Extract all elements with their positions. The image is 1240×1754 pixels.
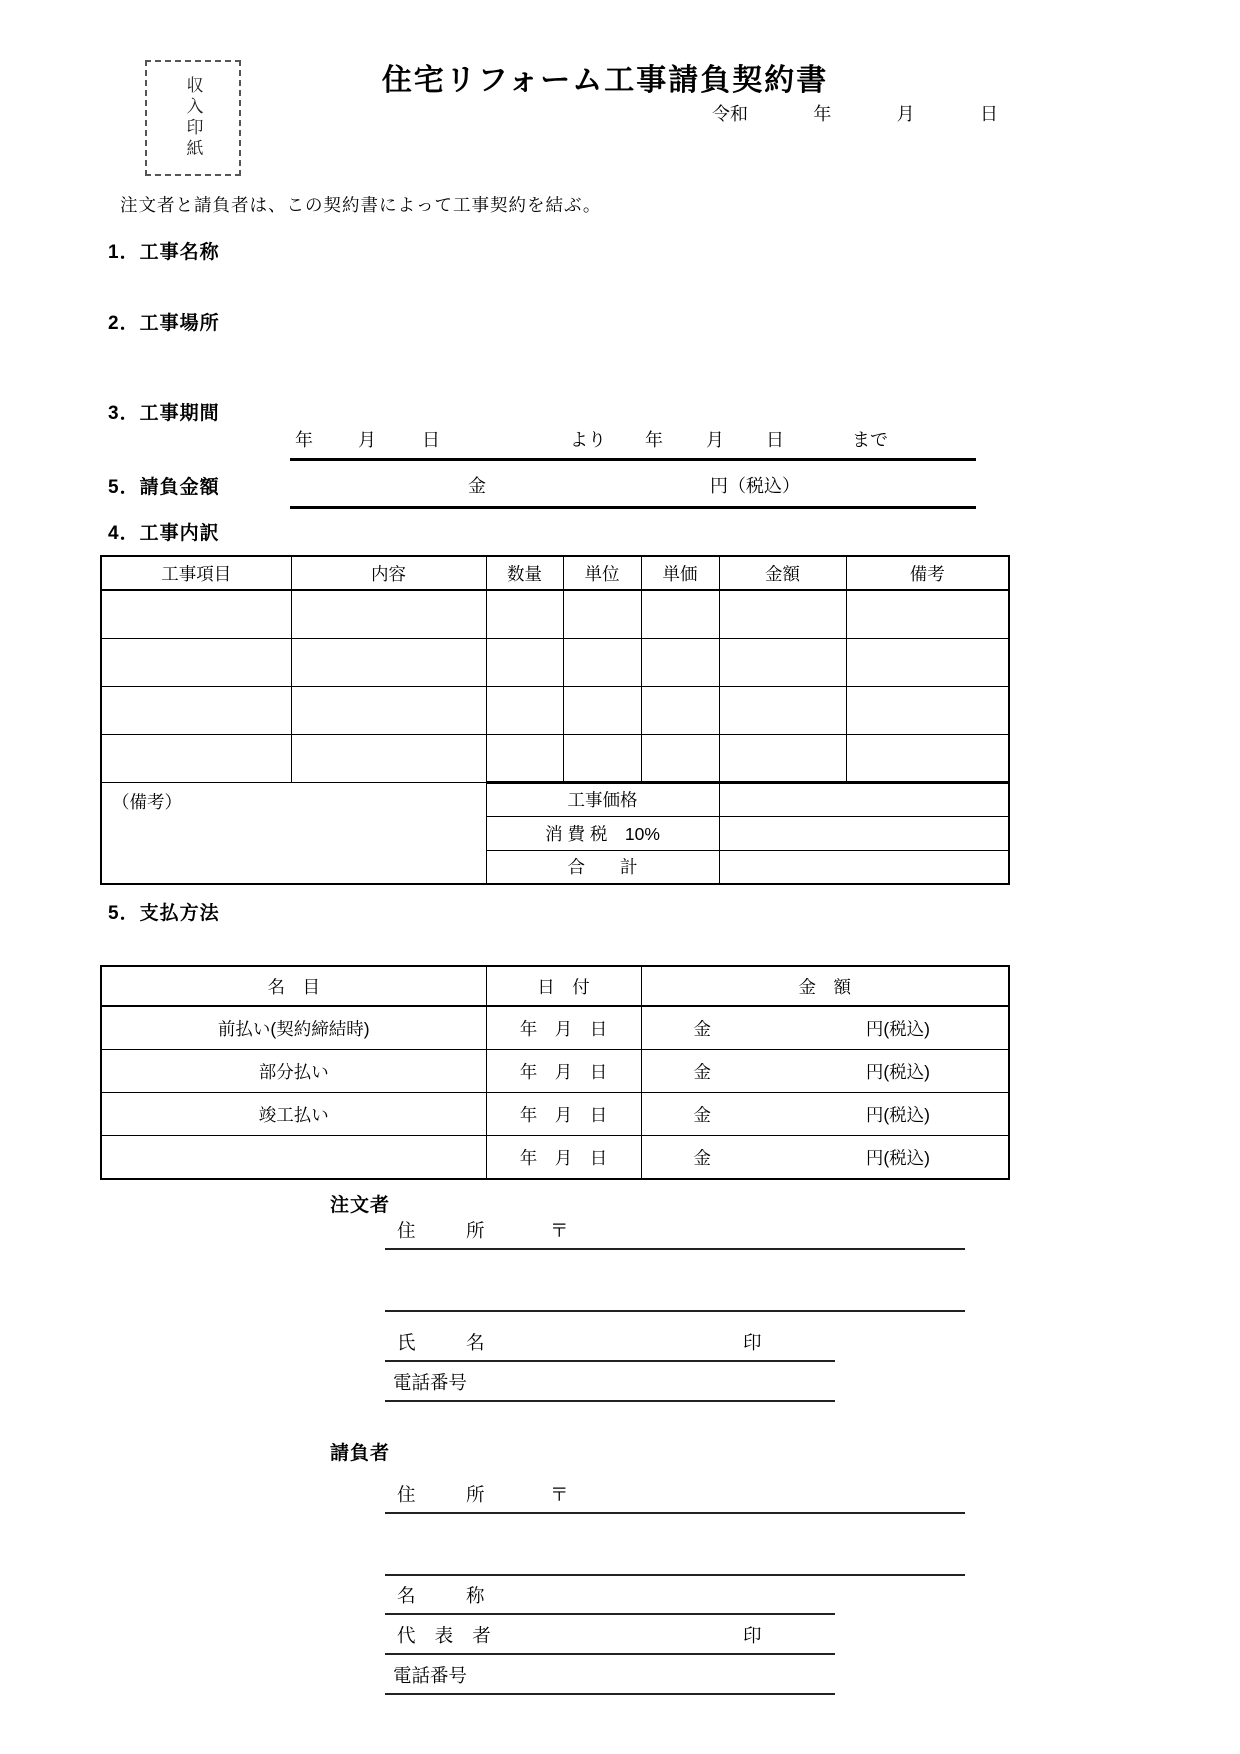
address-label: 住 所 [397,1217,501,1243]
col-header-date: 日 付 [486,966,641,1006]
payment-row-blank: 年 月 日 金 円(税込) [101,1136,1009,1180]
period-from-label: より [570,426,606,452]
section-heading-work-place: 2．工事場所 [108,308,220,335]
payment-name: 竣工払い [101,1093,486,1136]
period-start-month: 月 [358,426,376,452]
col-header-amount: 金 額 [641,966,1009,1006]
postal-mark: 〒 [550,1217,569,1243]
payment-name [101,1136,486,1180]
period-end-month: 月 [706,426,724,452]
kin-label: 金 [694,1145,712,1170]
orderer-heading: 注文者 [330,1190,390,1217]
contract-amount-fill-line: 金 円（税込） [290,468,976,509]
orderer-address-line: 住 所 〒 [385,1214,965,1250]
era-label: 令和 [712,100,748,126]
remarks-note-cell: （備考） [101,782,486,884]
payment-date: 年 月 日 [486,1093,641,1136]
payment-row-partial: 部分払い 年 月 日 金 円(税込) [101,1050,1009,1093]
col-header-unit: 単位 [563,556,641,590]
section-heading-payment-method: 5．支払方法 [108,898,220,925]
name-label: 氏 名 [397,1329,501,1355]
orderer-phone-line: 電話番号 [385,1367,835,1402]
contractor-address-line: 住 所 〒 [385,1478,965,1514]
contractor-name-line: 名 称 [385,1580,835,1615]
period-end-year: 年 [645,426,663,452]
orderer-address-line-2 [385,1248,965,1312]
section-heading-work-breakdown: 4．工事内訳 [108,518,220,545]
payment-row-advance: 前払い(契約締結時) 年 月 日 金 円(税込) [101,1006,1009,1050]
col-header-item-name: 名 目 [101,966,486,1006]
section-heading-work-period: 3．工事期間 [108,398,220,425]
kin-label: 金 [694,1102,712,1127]
summary-label-work-price: 工事価格 [486,782,719,816]
summary-label-total: 合 計 [486,850,719,884]
period-start-year: 年 [295,426,313,452]
kin-label: 金 [694,1016,712,1041]
section-heading-work-name: 1．工事名称 [108,237,220,264]
payment-date: 年 月 日 [486,1136,641,1180]
era-date-line: 令和 年 月 日 [712,100,998,126]
payment-amount: 金 円(税込) [642,1136,1009,1178]
contractor-heading: 請負者 [330,1438,390,1465]
payment-name: 部分払い [101,1050,486,1093]
postal-mark: 〒 [550,1481,569,1507]
breakdown-empty-row [101,638,1009,686]
amount-yen-tax-label: 円（税込） [710,472,800,498]
amount-kin-label: 金 [468,472,486,498]
breakdown-summary-row: （備考） 工事価格 [101,782,1009,816]
col-header-unit-price: 単価 [641,556,719,590]
work-breakdown-table: 工事項目 内容 数量 単位 単価 金額 備考 （備考） 工事価格 [100,555,1010,885]
work-period-fill-line: 年 月 日 より 年 月 日 まで [290,425,976,461]
kin-label: 金 [694,1059,712,1084]
document-title: 住宅リフォーム工事請負契約書 [0,55,1210,99]
section-heading-contract-amount: 5．請負金額 [108,472,220,499]
period-until-label: まで [852,426,888,452]
payment-amount: 金 円(税込) [642,1050,1009,1092]
yen-tax-label: 円(税込) [866,1145,930,1170]
period-start-day: 日 [422,426,440,452]
payment-header-row: 名 目 日 付 金 額 [101,966,1009,1006]
phone-label: 電話番号 [393,1662,467,1688]
summary-value-consumption-tax [719,816,1009,850]
representative-label: 代 表 者 [397,1622,498,1648]
month-suffix: 月 [897,100,915,126]
payment-row-completion: 竣工払い 年 月 日 金 円(税込) [101,1093,1009,1136]
col-header-quantity: 数量 [486,556,563,590]
col-header-amount: 金額 [719,556,846,590]
breakdown-header-row: 工事項目 内容 数量 単位 単価 金額 備考 [101,556,1009,590]
summary-label-consumption-tax: 消 費 税 10% [486,816,719,850]
yen-tax-label: 円(税込) [866,1059,930,1084]
col-header-remarks: 備考 [846,556,1009,590]
payment-amount: 金 円(税込) [642,1007,1009,1049]
summary-value-work-price [719,782,1009,816]
payment-date: 年 月 日 [486,1006,641,1050]
payment-amount: 金 円(税込) [642,1093,1009,1135]
breakdown-empty-row [101,686,1009,734]
address-label: 住 所 [397,1481,501,1507]
orderer-name-line: 氏 名 印 [385,1327,835,1362]
contractor-address-line-2 [385,1512,965,1576]
contract-document-page: 収入印紙 住宅リフォーム工事請負契約書 令和 年 月 日 注文者と請負者は、この… [0,0,1240,1754]
payment-method-table: 名 目 日 付 金 額 前払い(契約締結時) 年 月 日 金 円(税込) 部分払… [100,965,1010,1180]
intro-text: 注文者と請負者は、この契約書によって工事契約を結ぶ。 [120,192,601,217]
yen-tax-label: 円(税込) [866,1016,930,1041]
breakdown-empty-row [101,590,1009,638]
seal-mark: 印 [743,1329,762,1355]
payment-name: 前払い(契約締結時) [101,1006,486,1050]
phone-label: 電話番号 [393,1369,467,1395]
period-end-day: 日 [766,426,784,452]
seal-mark: 印 [743,1622,762,1648]
year-suffix: 年 [813,100,831,126]
contractor-phone-line: 電話番号 [385,1660,835,1695]
day-suffix: 日 [980,100,998,126]
summary-value-total [719,850,1009,884]
payment-date: 年 月 日 [486,1050,641,1093]
company-name-label: 名 称 [397,1582,501,1608]
col-header-work-item: 工事項目 [101,556,291,590]
yen-tax-label: 円(税込) [866,1102,930,1127]
col-header-content: 内容 [291,556,486,590]
contractor-representative-line: 代 表 者 印 [385,1620,835,1655]
breakdown-empty-row [101,734,1009,782]
